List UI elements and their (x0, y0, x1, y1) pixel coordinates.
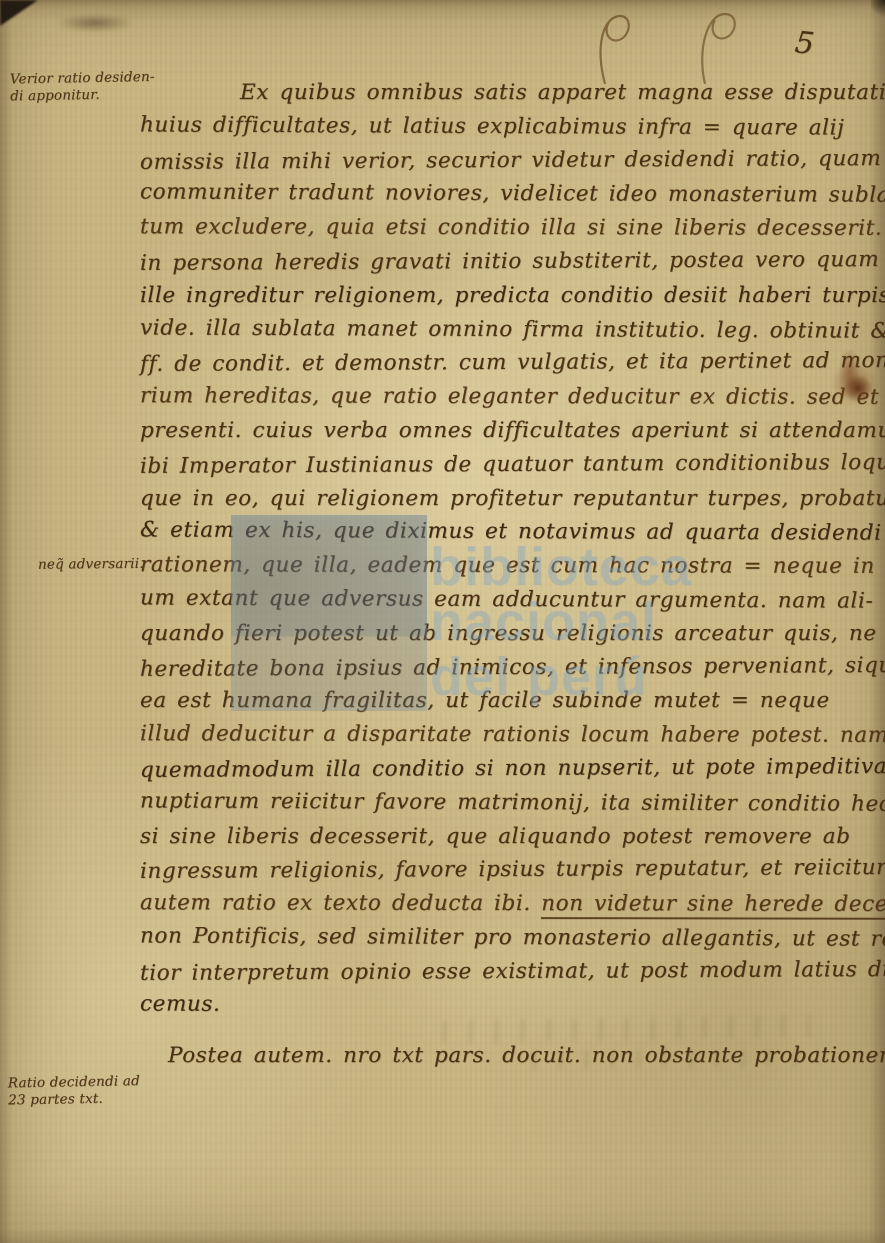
manuscript-line: autem ratio ex texto deducta ibi. non vi… (140, 886, 864, 921)
manuscript-line: quemadmodum illa conditio si non nupseri… (140, 750, 864, 788)
manuscript-line: rationem, que illa, eadem que est cum ha… (140, 548, 864, 583)
folio-number: 5 (793, 25, 816, 62)
manuscript-line: communiter tradunt noviores, videlicet i… (140, 176, 864, 213)
pen-flourish (585, 6, 775, 86)
manuscript-line: ea est humana fragilitas, ut facile subi… (140, 684, 864, 718)
margin-note-line: Ratio decidendi ad (8, 1073, 140, 1091)
underlined-phrase: non videtur sine herede decessisse (541, 891, 885, 920)
margin-note-ratio-decidendi: Ratio decidendi ad 23 partes txt. (8, 1073, 169, 1110)
manuscript-line: nuptiarum reiicitur favore matrimonij, i… (140, 784, 864, 821)
margin-note-line: neq̃ adversarii. (38, 556, 144, 573)
manuscript-line: hereditate bona ipsius ad inimicos, et i… (140, 649, 864, 687)
manuscript-line: quando fieri potest ut ab ingressu relig… (140, 617, 864, 651)
manuscript-line: Postea autem. nro txt pars. docuit. non … (140, 1039, 864, 1073)
manuscript-line: ibi Imperator Iustinianus de quatuor tan… (140, 446, 864, 484)
manuscript-line: um extant que adversus eam adducuntur ar… (140, 581, 864, 618)
manuscript-line: omissis illa mihi verior, securior videt… (140, 142, 864, 180)
body-text: Ex quibus omnibus satis apparet magna es… (140, 76, 864, 1073)
manuscript-line: ille ingreditur religionem, predicta con… (140, 279, 864, 313)
ink-blot-stain (826, 350, 878, 416)
manuscript-line: que in eo, qui religionem profitetur rep… (140, 482, 864, 516)
manuscript-line: rium hereditas, que ratio eleganter dedu… (140, 379, 864, 414)
scan-corner-shadow-top-left (0, 0, 38, 26)
scan-corner-shadow-top-right (871, 0, 885, 18)
manuscript-line: ff. de condit. et demonstr. cum vulgatis… (140, 344, 864, 382)
manuscript-line: si sine liberis decesserit, que aliquand… (140, 820, 864, 854)
manuscript-line: huius difficultates, ut latius explicabi… (140, 108, 864, 145)
manuscript-line: non Pontificis, sed similiter pro monast… (140, 919, 864, 956)
manuscript-line: ingressum religionis, favore ipsius turp… (140, 851, 864, 889)
manuscript-scan: 5 Verior ratio desiden- di apponitur. ne… (0, 0, 885, 1243)
manuscript-line: tum excludere, quia etsi conditio illa s… (140, 210, 864, 245)
margin-note-line: 23 partes txt. (8, 1091, 103, 1109)
manuscript-line: cemus. (140, 987, 864, 1024)
margin-note-line: di apponitur. (10, 87, 100, 105)
top-edge-smudge (55, 14, 135, 32)
manuscript-line: vide. illa sublata manet omnino firma in… (140, 311, 864, 348)
manuscript-line: tior interpretum opinio esse existimat, … (140, 953, 864, 991)
manuscript-line: Ex quibus omnibus satis apparet magna es… (140, 76, 864, 110)
margin-note-line: Verior ratio desiden- (10, 69, 155, 88)
manuscript-line: in persona heredis gravati initio substi… (140, 243, 864, 281)
manuscript-line: & etiam ex his, que diximus et notavimus… (140, 514, 864, 551)
manuscript-line: illud deducitur a disparitate rationis l… (140, 717, 864, 752)
manuscript-line: presenti. cuius verba omnes difficultate… (140, 414, 864, 448)
